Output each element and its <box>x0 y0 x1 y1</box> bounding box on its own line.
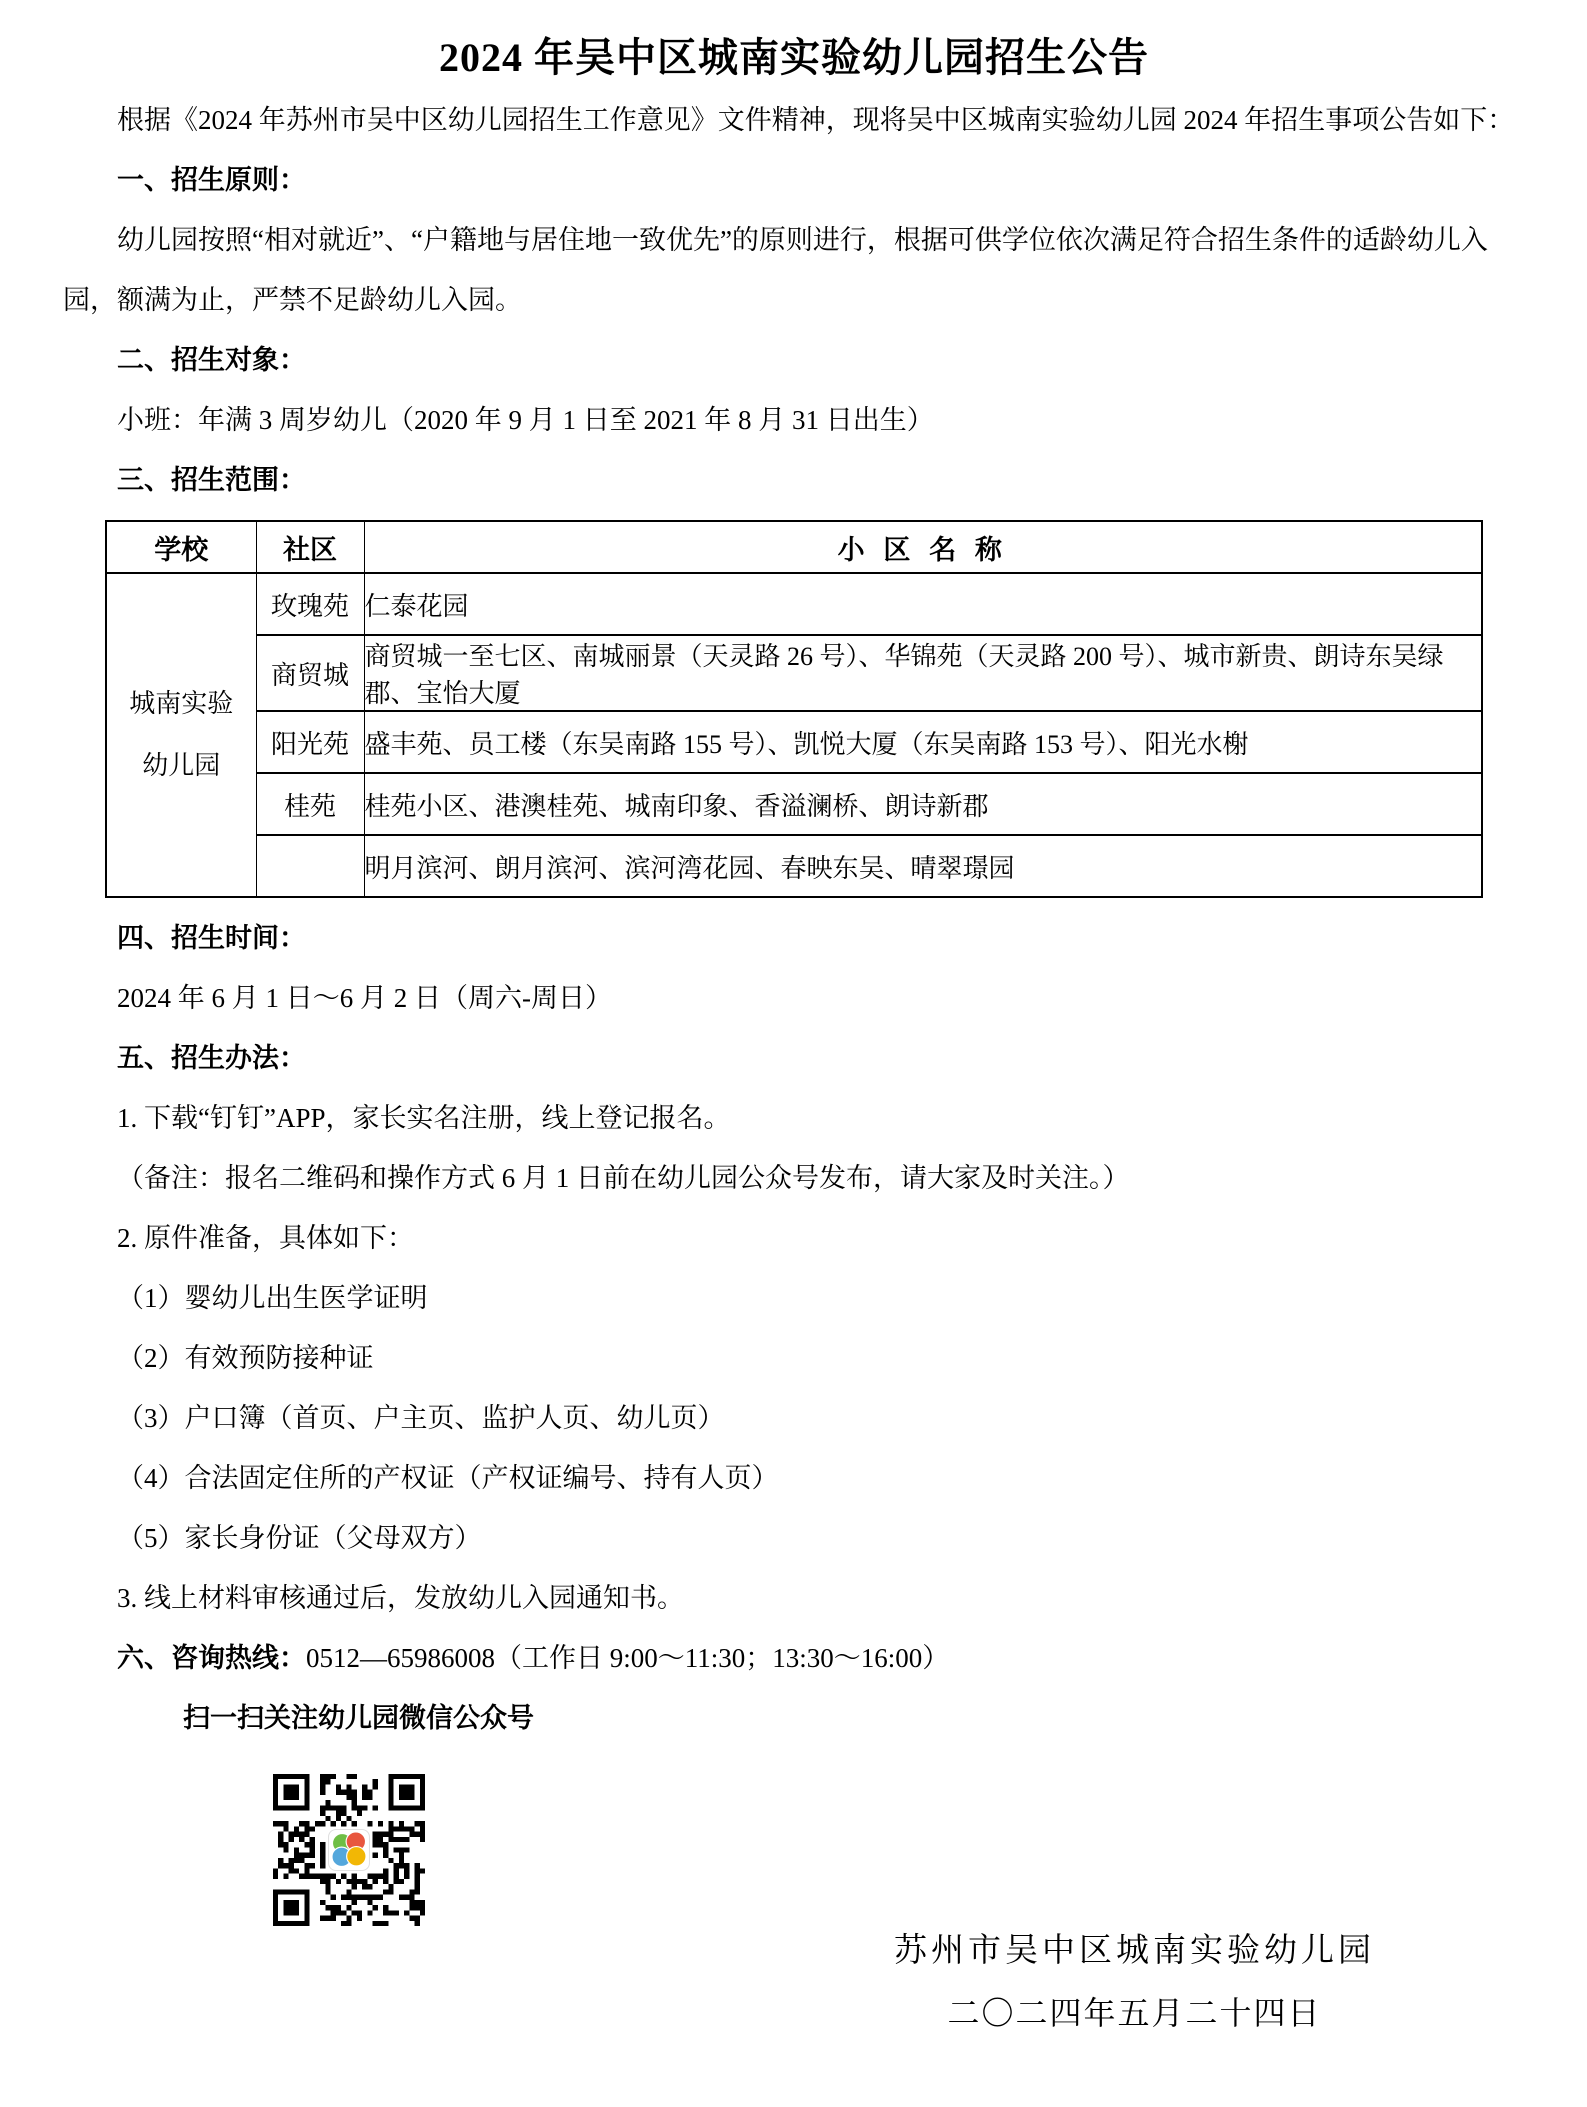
table-row: 城南实验 幼儿园 玫瑰苑 仁泰花园 <box>106 573 1482 635</box>
table-header-community: 社区 <box>256 521 364 573</box>
section-three-heading: 三、招生范围： <box>63 450 1525 510</box>
section-one-heading: 一、招生原则： <box>63 150 1525 210</box>
enrollment-date: 2024 年 6 月 1 日～6 月 2 日（周六-周日） <box>63 968 1525 1028</box>
section-four-heading: 四、招生时间： <box>63 908 1525 968</box>
page-title: 2024 年吴中区城南实验幼儿园招生公告 <box>63 26 1525 90</box>
method-item: （4）合法固定住所的产权证（产权证编号、持有人页） <box>63 1448 1525 1508</box>
section-one-body: 幼儿园按照“相对就近”、“户籍地与居住地一致优先”的原则进行，根据可供学位依次满… <box>63 210 1525 330</box>
method-item: 2. 原件准备，具体如下： <box>63 1208 1525 1268</box>
table-header-school: 学校 <box>106 521 256 573</box>
qr-code-image <box>273 1774 425 1926</box>
announcement-page: 2024 年吴中区城南实验幼儿园招生公告 根据《2024 年苏州市吴中区幼儿园招… <box>0 0 1587 2107</box>
community-cell: 阳光苑 <box>256 711 364 773</box>
section-two-body: 小班：年满 3 周岁幼儿（2020 年 9 月 1 日至 2021 年 8 月 … <box>63 390 1525 450</box>
method-item: （5）家长身份证（父母双方） <box>63 1508 1525 1568</box>
qr-caption: 扫一扫关注幼儿园微信公众号 <box>63 1688 1525 1748</box>
intro-paragraph: 根据《2024 年苏州市吴中区幼儿园招生工作意见》文件精神，现将吴中区城南实验幼… <box>63 90 1525 150</box>
method-item: （3）户口簿（首页、户主页、监护人页、幼儿页） <box>63 1388 1525 1448</box>
estates-cell: 商贸城一至七区、南城丽景（天灵路 26 号）、华锦苑（天灵路 200 号）、城市… <box>364 635 1482 711</box>
section-five-heading: 五、招生办法： <box>63 1028 1525 1088</box>
table-header-estates: 小 区 名 称 <box>364 521 1482 573</box>
table-row: 桂苑 桂苑小区、港澳桂苑、城南印象、香溢澜桥、朗诗新郡 <box>106 773 1482 835</box>
table-row: 商贸城 商贸城一至七区、南城丽景（天灵路 26 号）、华锦苑（天灵路 200 号… <box>106 635 1482 711</box>
table-row: 明月滨河、朗月滨河、滨河湾花园、春映东吴、晴翠璟园 <box>106 835 1482 897</box>
school-name-line2: 幼儿园 <box>107 753 256 779</box>
school-cell: 城南实验 幼儿园 <box>106 573 256 897</box>
community-cell: 玫瑰苑 <box>256 573 364 635</box>
method-item: 3. 线上材料审核通过后，发放幼儿入园通知书。 <box>63 1568 1525 1628</box>
signature-block: 苏州市吴中区城南实验幼儿园 二〇二四年五月二十四日 <box>894 1928 1375 2036</box>
hotline-line: 六、咨询热线：0512—65986008（工作日 9:00～11:30；13:3… <box>63 1628 1525 1688</box>
hotline-number: 0512—65986008（工作日 9:00～11:30；13:30～16:00… <box>306 1643 949 1673</box>
signature-name: 苏州市吴中区城南实验幼儿园 <box>894 1928 1375 1974</box>
wechat-qr-code <box>273 1774 425 1926</box>
estates-cell: 桂苑小区、港澳桂苑、城南印象、香溢澜桥、朗诗新郡 <box>364 773 1482 835</box>
method-item: 1. 下载“钉钉”APP，家长实名注册，线上登记报名。 <box>63 1088 1525 1148</box>
section-six-heading: 六、咨询热线： <box>117 1643 306 1673</box>
method-item: （1）婴幼儿出生医学证明 <box>63 1268 1525 1328</box>
community-cell <box>256 835 364 897</box>
method-item: （2）有效预防接种证 <box>63 1328 1525 1388</box>
signature-date: 二〇二四年五月二十四日 <box>894 1990 1375 2036</box>
estates-cell: 仁泰花园 <box>364 573 1482 635</box>
community-cell: 桂苑 <box>256 773 364 835</box>
community-cell: 商贸城 <box>256 635 364 711</box>
method-item-note: （备注：报名二维码和操作方式 6 月 1 日前在幼儿园公众号发布，请大家及时关注… <box>63 1148 1525 1208</box>
table-row: 阳光苑 盛丰苑、员工楼（东吴南路 155 号）、凯悦大厦（东吴南路 153 号）… <box>106 711 1482 773</box>
table-header-row: 学校 社区 小 区 名 称 <box>106 521 1482 573</box>
estates-cell: 明月滨河、朗月滨河、滨河湾花园、春映东吴、晴翠璟园 <box>364 835 1482 897</box>
estates-cell: 盛丰苑、员工楼（东吴南路 155 号）、凯悦大厦（东吴南路 153 号）、阳光水… <box>364 711 1482 773</box>
school-name-line1: 城南实验 <box>107 691 256 717</box>
section-two-heading: 二、招生对象： <box>63 330 1525 390</box>
catchment-table: 学校 社区 小 区 名 称 城南实验 幼儿园 玫瑰苑 仁泰花园 商贸城 商贸城一… <box>105 520 1483 898</box>
